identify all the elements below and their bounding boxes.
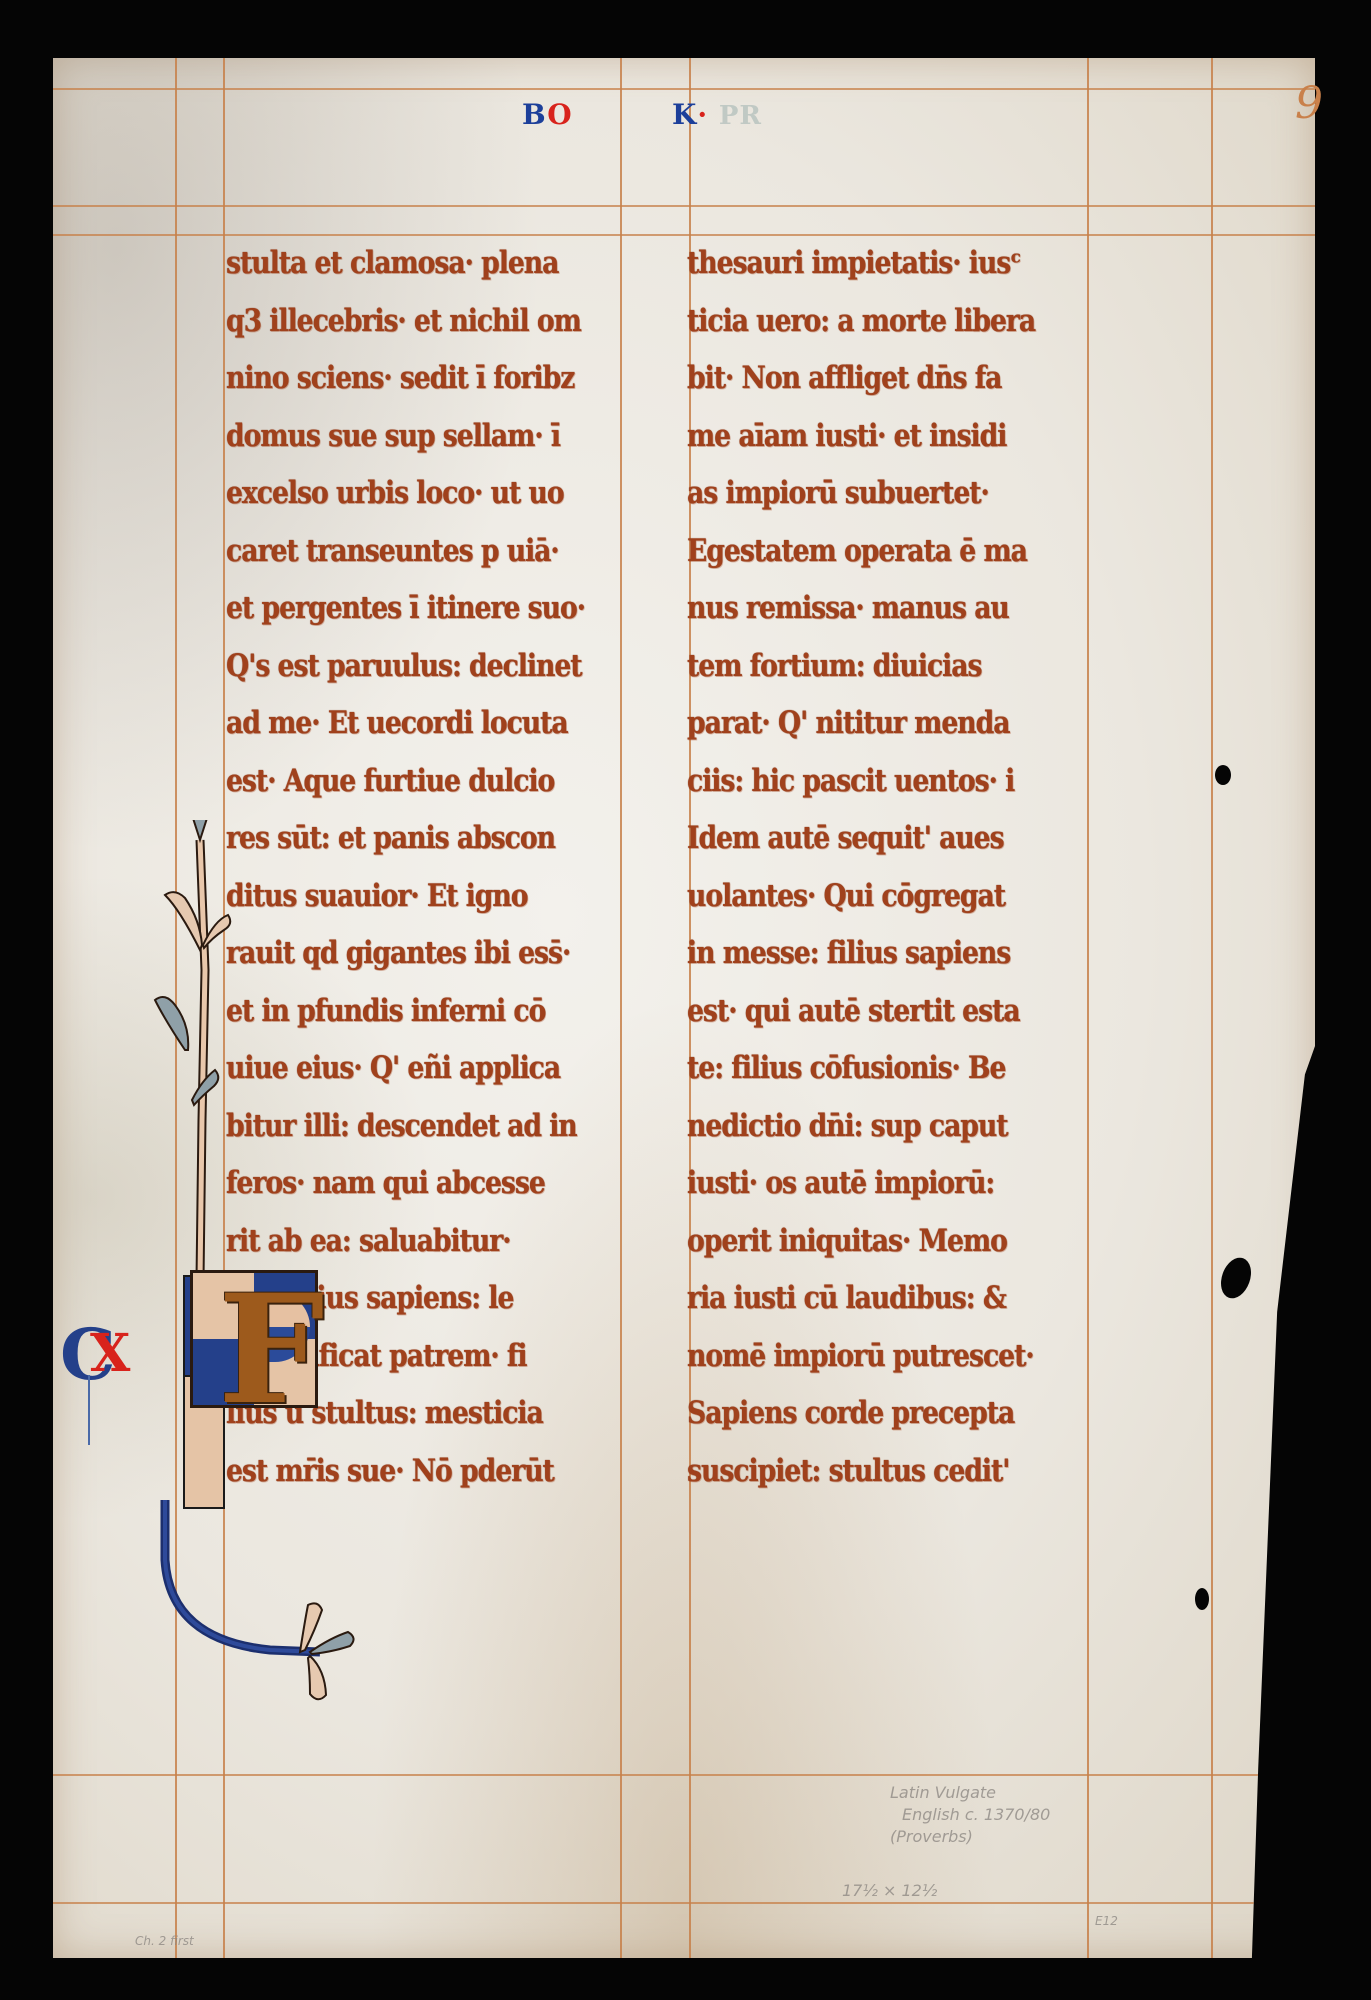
ruling-line-bottom bbox=[53, 1774, 1315, 1776]
text-column-right: thesauri impietatis· iusᶜ ticia uero: a … bbox=[687, 235, 1117, 1500]
pencil-note-bottom-left: Ch. 2 first bbox=[135, 1930, 194, 1952]
text-line: parat· Q' nititur menda bbox=[687, 695, 1057, 753]
pencil-note-line: English c. 1370/80 bbox=[890, 1804, 1050, 1826]
ruling-line-top bbox=[53, 88, 1315, 90]
text-line: ria iusti cū laudibus: & bbox=[687, 1270, 1057, 1328]
text-line: me aīam iusti· et insidi bbox=[687, 408, 1057, 466]
text-line: caret transeuntes p uiā· bbox=[226, 523, 596, 581]
text-line: in messe: filius sapiens bbox=[687, 925, 1057, 983]
pencil-note-line: (Proverbs) bbox=[890, 1826, 1050, 1848]
folio-number: 9 bbox=[1295, 78, 1323, 129]
text-line: iusti· os autē impiorū: bbox=[687, 1155, 1057, 1213]
ruling-line-foot bbox=[53, 1902, 1315, 1904]
text-line: operit iniquitas· Memo bbox=[687, 1213, 1057, 1271]
ruling-line-outer-margin bbox=[1211, 58, 1213, 1958]
text-line: uolantes· Qui cōgregat bbox=[687, 868, 1057, 926]
text-line: suscipiet: stultus cedit' bbox=[687, 1443, 1057, 1501]
text-line: ad me· Et uecordi locuta bbox=[226, 695, 596, 753]
text-line: tem fortium: diuicias bbox=[687, 638, 1057, 696]
paragraph-mark: C X bbox=[60, 1320, 180, 1440]
text-line: excelso urbis loco· ut uo bbox=[226, 465, 596, 523]
text-line: est· Aque furtiue dulcio bbox=[226, 753, 596, 811]
text-line: est· qui autē stertit esta bbox=[687, 983, 1057, 1041]
pencil-note-bottom-right: E12 bbox=[1095, 1910, 1118, 1932]
initial-letter: F bbox=[218, 1280, 325, 1420]
text-line: te: filius cōfusionis· Be bbox=[687, 1040, 1057, 1098]
text-line: nomē impiorū putrescet· bbox=[687, 1328, 1057, 1386]
header-letter-blue: B bbox=[522, 98, 547, 131]
header-letter-red: O bbox=[547, 98, 572, 131]
text-line: nedictio dn̄i: sup caput bbox=[687, 1098, 1057, 1156]
ruling-line-header bbox=[53, 205, 1315, 207]
header-letter-blue: K bbox=[672, 98, 697, 131]
header-letter-red: · bbox=[697, 98, 708, 131]
running-header-left: BO bbox=[522, 98, 573, 131]
show-through-text: PR bbox=[719, 101, 762, 131]
text-line: Idem autē sequit' aues bbox=[687, 810, 1057, 868]
text-line: thesauri impietatis· iusᶜ bbox=[687, 235, 1057, 293]
wear-hole bbox=[1195, 1588, 1209, 1610]
text-line: ticia uero: a morte libera bbox=[687, 293, 1057, 351]
pencil-note-line: Latin Vulgate bbox=[890, 1782, 1050, 1804]
pencil-note-main: Latin Vulgate English c. 1370/80 (Prover… bbox=[890, 1782, 1050, 1848]
running-header-right: K· PR bbox=[672, 98, 762, 131]
illuminated-initial: F bbox=[190, 1270, 318, 1408]
text-line: et pergentes ī itinere suo· bbox=[226, 580, 596, 638]
text-line: domus sue sup sellam· ī bbox=[226, 408, 596, 466]
pencil-note-dimensions: 17½ × 12½ bbox=[842, 1880, 937, 1902]
text-line: nus remissa· manus au bbox=[687, 580, 1057, 638]
text-line: bit· Non affliget dn̄s fa bbox=[687, 350, 1057, 408]
text-line: ciis: hic pascit uentos· i bbox=[687, 753, 1057, 811]
text-line: Sapiens corde precepta bbox=[687, 1385, 1057, 1443]
text-line: stulta et clamosa· plena bbox=[226, 235, 596, 293]
paragraph-glyph: X bbox=[90, 1324, 130, 1384]
wear-hole bbox=[1215, 765, 1231, 785]
text-line: as impiorū subuertet· bbox=[687, 465, 1057, 523]
paragraph-mark-line bbox=[88, 1375, 90, 1445]
text-line: nino sciens· sedit ī foribz bbox=[226, 350, 596, 408]
text-line: q3 illecebris· et nichil om bbox=[226, 293, 596, 351]
text-line: Egestatem operata ē ma bbox=[687, 523, 1057, 581]
text-line: Q's est paruulus: declinet bbox=[226, 638, 596, 696]
